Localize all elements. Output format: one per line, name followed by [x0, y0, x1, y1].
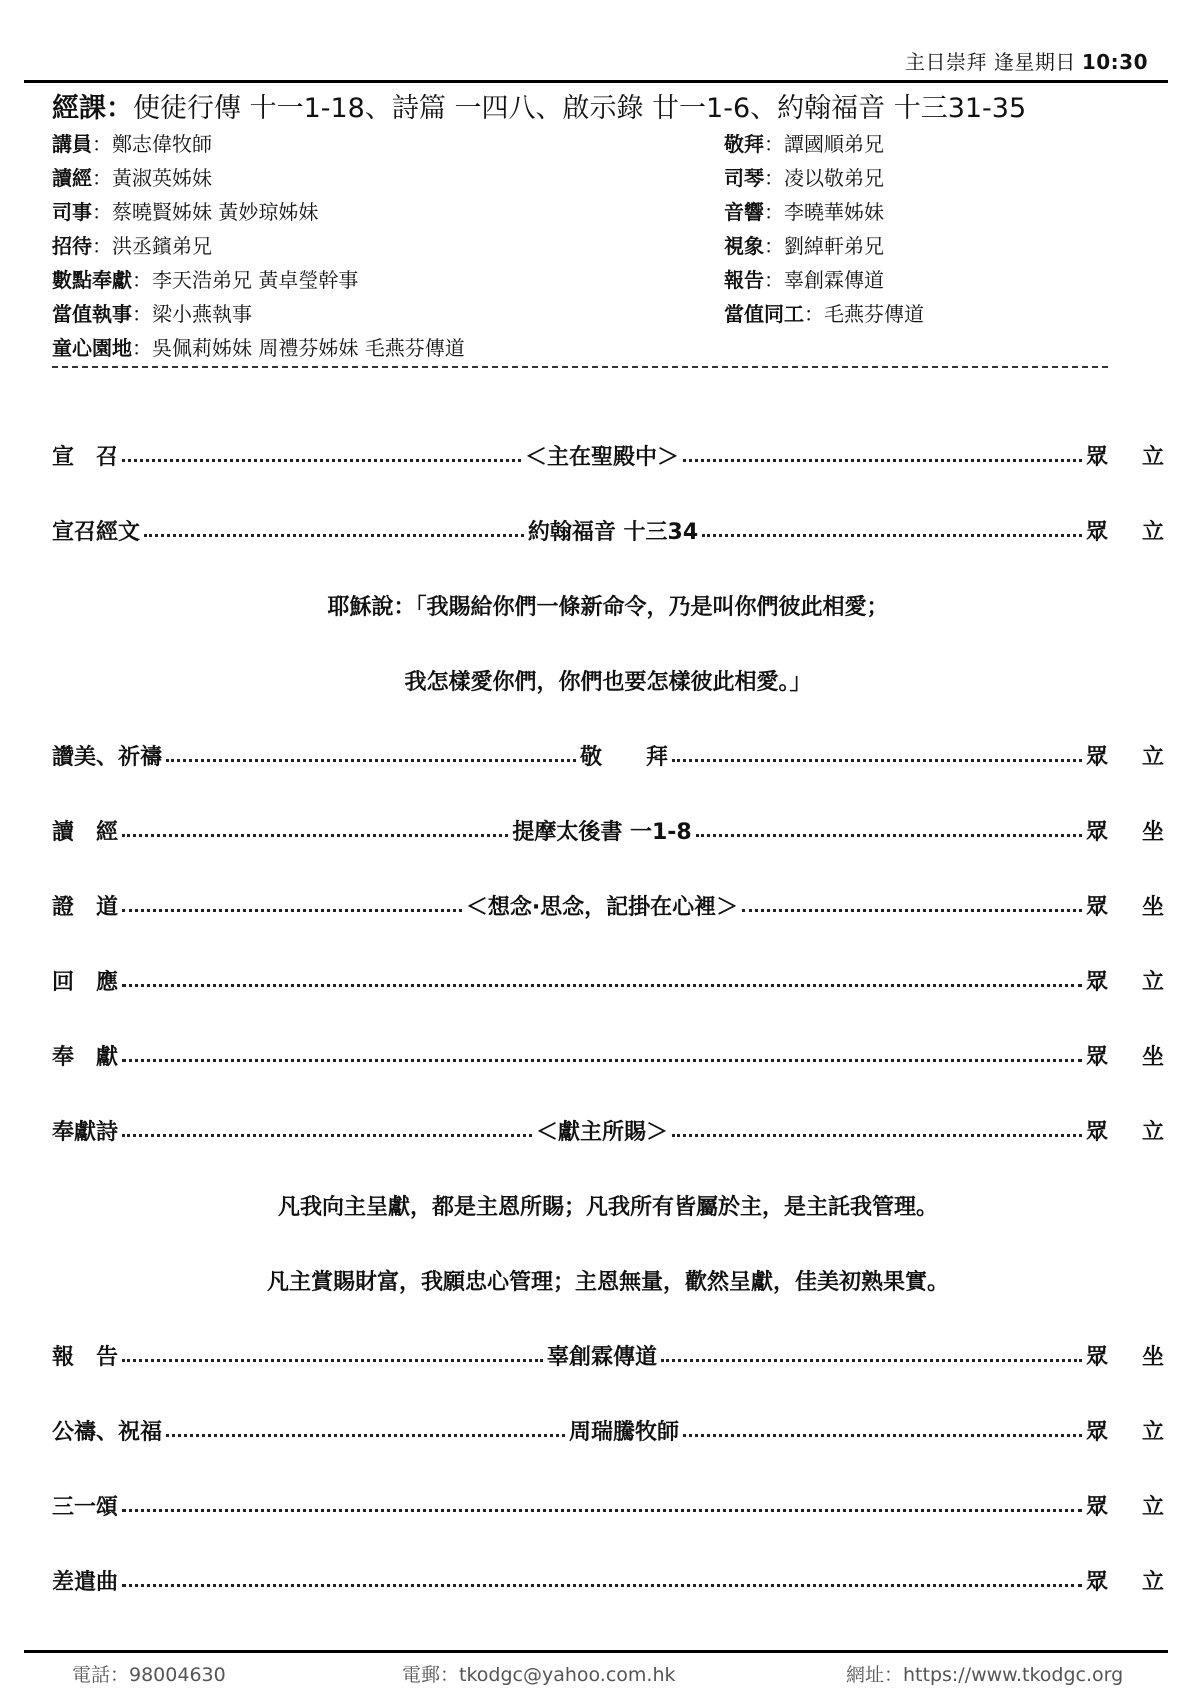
staff-row: 數點奉獻：李天浩弟兄 黃卓瑩幹事	[52, 263, 465, 297]
dot-leader	[661, 1359, 1082, 1362]
order-item: 回 應眾立	[52, 943, 1164, 1018]
staff-sep: ：	[92, 200, 112, 224]
order-item-detail: 周瑞騰牧師	[569, 1415, 679, 1446]
lessons-line: 經課：使徒行傳 十一1-18、詩篇 一四八、啟示錄 廿一1-6、約翰福音 十三3…	[52, 86, 1026, 125]
top-rule	[24, 80, 1168, 83]
posture-char: 立	[1142, 1565, 1164, 1596]
posture-char: 立	[1142, 515, 1164, 546]
posture-char: 眾	[1086, 1040, 1108, 1071]
staff-role: 數點奉獻	[52, 268, 132, 292]
congregation-posture: 眾立	[1086, 1565, 1164, 1596]
staff-list-left: 講員：鄭志偉牧師 讀經：黃淑英姊妹 司事：蔡曉賢姊妹 黃妙琼姊妹 招待：洪丞鑌弟…	[52, 127, 465, 365]
posture-char: 坐	[1142, 815, 1164, 846]
staff-sep: ：	[92, 234, 112, 258]
posture-char: 眾	[1086, 740, 1108, 771]
staff-row: 當值執事：梁小燕執事	[52, 297, 465, 331]
order-item-name: 證 道	[52, 890, 118, 921]
order-item-name: 報 告	[52, 1340, 118, 1371]
staff-names: 李天浩弟兄 黃卓瑩幹事	[152, 268, 358, 292]
order-item-name: 讀 經	[52, 815, 118, 846]
order-item: 宣 召＜主在聖殿中＞眾立	[52, 418, 1164, 493]
staff-names: 毛燕芬傳道	[824, 302, 924, 326]
posture-char: 眾	[1086, 515, 1108, 546]
posture-char: 眾	[1086, 965, 1108, 996]
lessons-label: 經課：	[52, 93, 133, 124]
dot-leader	[683, 459, 1082, 462]
order-item-detail: 敬 拜	[580, 740, 668, 771]
dot-leader	[122, 1134, 532, 1137]
staff-role: 司琴	[724, 166, 764, 190]
staff-role: 司事	[52, 200, 92, 224]
bottom-rule	[24, 1650, 1168, 1653]
scripture-verse: 我怎樣愛你們，你們也要怎樣彼此相愛。」	[52, 643, 1164, 718]
staff-row: 敬拜：譚國順弟兄	[724, 127, 924, 161]
order-item: 報 告辜創霖傳道眾坐	[52, 1318, 1164, 1393]
staff-names: 李曉華姊妹	[784, 200, 884, 224]
posture-char: 立	[1142, 1115, 1164, 1146]
staff-sep: ：	[92, 166, 112, 190]
order-item: 奉 獻眾坐	[52, 1018, 1164, 1093]
staff-names: 黃淑英姊妹	[112, 166, 212, 190]
order-item-name: 公禱、祝福	[52, 1415, 162, 1446]
staff-sep: ：	[132, 268, 152, 292]
staff-role: 當值同工	[724, 302, 804, 326]
staff-names: 蔡曉賢姊妹 黃妙琼姊妹	[112, 200, 318, 224]
staff-names: 譚國順弟兄	[784, 132, 884, 156]
dashed-divider	[52, 366, 1108, 368]
dot-leader	[122, 1509, 1082, 1512]
order-item-name: 回 應	[52, 965, 118, 996]
posture-char: 眾	[1086, 1415, 1108, 1446]
dot-leader	[122, 834, 508, 837]
congregation-posture: 眾立	[1086, 1415, 1164, 1446]
dot-leader	[144, 534, 524, 537]
dot-leader	[166, 1434, 565, 1437]
staff-sep: ：	[764, 132, 784, 156]
congregation-posture: 眾立	[1086, 740, 1164, 771]
order-item-name: 差遣曲	[52, 1565, 118, 1596]
order-item-name: 三一頌	[52, 1490, 118, 1521]
staff-role: 報告	[724, 268, 764, 292]
posture-char: 眾	[1086, 1115, 1108, 1146]
posture-char: 眾	[1086, 1490, 1108, 1521]
staff-sep: ：	[764, 268, 784, 292]
staff-names: 凌以敬弟兄	[784, 166, 884, 190]
congregation-posture: 眾坐	[1086, 1340, 1164, 1371]
dot-leader	[696, 834, 1082, 837]
staff-names: 鄭志偉牧師	[112, 132, 212, 156]
posture-char: 坐	[1142, 1040, 1164, 1071]
staff-role: 讀經	[52, 166, 92, 190]
staff-row: 音響：李曉華姊妹	[724, 195, 924, 229]
posture-char: 眾	[1086, 440, 1108, 471]
dot-leader	[122, 984, 1082, 987]
scripture-verse: 凡我向主呈獻，都是主恩所賜；凡我所有皆屬於主，是主託我管理。	[52, 1168, 1164, 1243]
congregation-posture: 眾坐	[1086, 1040, 1164, 1071]
order-item-detail: ＜想念·思念，記掛在心裡＞	[466, 890, 738, 921]
posture-char: 眾	[1086, 1340, 1108, 1371]
staff-role: 講員	[52, 132, 92, 156]
staff-row: 讀經：黃淑英姊妹	[52, 161, 465, 195]
posture-char: 坐	[1142, 890, 1164, 921]
staff-row: 司琴：凌以敬弟兄	[724, 161, 924, 195]
dot-leader	[122, 1059, 1082, 1062]
service-name: 主日崇拜 逢星期日	[905, 50, 1076, 74]
staff-names: 梁小燕執事	[152, 302, 252, 326]
order-item-detail: ＜獻主所賜＞	[536, 1115, 668, 1146]
footer-phone: 電話：98004630	[72, 1660, 226, 1687]
service-time: 10:30	[1082, 50, 1148, 74]
posture-char: 立	[1142, 440, 1164, 471]
order-item-name: 奉 獻	[52, 1040, 118, 1071]
order-item: 差遣曲眾立	[52, 1543, 1164, 1618]
footer-website: 網址：https://www.tkodgc.org	[846, 1660, 1123, 1687]
order-item: 三一頌眾立	[52, 1468, 1164, 1543]
dot-leader	[683, 1434, 1082, 1437]
staff-sep: ：	[132, 302, 152, 326]
staff-sep: ：	[764, 166, 784, 190]
posture-char: 坐	[1142, 1340, 1164, 1371]
staff-names: 劉綽軒弟兄	[784, 234, 884, 258]
staff-names: 洪丞鑌弟兄	[112, 234, 212, 258]
congregation-posture: 眾立	[1086, 965, 1164, 996]
order-item-name: 讚美、祈禱	[52, 740, 162, 771]
staff-names: 辜創霖傳道	[784, 268, 884, 292]
header-title: 主日崇拜 逢星期日10:30	[905, 46, 1148, 75]
order-item-detail: ＜主在聖殿中＞	[525, 440, 679, 471]
congregation-posture: 眾坐	[1086, 815, 1164, 846]
staff-sep: ：	[92, 132, 112, 156]
dot-leader	[122, 1584, 1082, 1587]
order-of-service: 宣 召＜主在聖殿中＞眾立宣召經文約翰福音 十三34眾立耶穌說：「我賜給你們一條新…	[52, 418, 1164, 1618]
posture-char: 立	[1142, 740, 1164, 771]
staff-role: 音響	[724, 200, 764, 224]
congregation-posture: 眾立	[1086, 515, 1164, 546]
dot-leader	[742, 909, 1082, 912]
congregation-posture: 眾坐	[1086, 890, 1164, 921]
posture-char: 立	[1142, 1415, 1164, 1446]
lessons-text: 使徒行傳 十一1-18、詩篇 一四八、啟示錄 廿一1-6、約翰福音 十三31-3…	[133, 93, 1026, 124]
order-item-detail: 辜創霖傳道	[547, 1340, 657, 1371]
order-item-detail: 提摩太後書 一1-8	[512, 815, 691, 846]
dot-leader	[122, 909, 462, 912]
congregation-posture: 眾立	[1086, 440, 1164, 471]
staff-names: 吳佩莉姊妹 周禮芬姊妹 毛燕芬傳道	[152, 336, 465, 360]
staff-role: 視象	[724, 234, 764, 258]
staff-row: 童心園地：吳佩莉姊妹 周禮芬姊妹 毛燕芬傳道	[52, 331, 465, 365]
staff-row: 招待：洪丞鑌弟兄	[52, 229, 465, 263]
staff-sep: ：	[764, 200, 784, 224]
dot-leader	[166, 759, 576, 762]
order-item: 讚美、祈禱敬 拜眾立	[52, 718, 1164, 793]
order-item: 證 道＜想念·思念，記掛在心裡＞眾坐	[52, 868, 1164, 943]
staff-role: 童心園地	[52, 336, 132, 360]
posture-char: 眾	[1086, 890, 1108, 921]
dot-leader	[122, 459, 521, 462]
order-item: 公禱、祝福周瑞騰牧師眾立	[52, 1393, 1164, 1468]
dot-leader	[122, 1359, 543, 1362]
staff-row: 講員：鄭志偉牧師	[52, 127, 465, 161]
dot-leader	[672, 1134, 1082, 1137]
order-item: 宣召經文約翰福音 十三34眾立	[52, 493, 1164, 568]
staff-row: 司事：蔡曉賢姊妹 黃妙琼姊妹	[52, 195, 465, 229]
order-item: 讀 經提摩太後書 一1-8眾坐	[52, 793, 1164, 868]
posture-char: 立	[1142, 965, 1164, 996]
order-item-name: 奉獻詩	[52, 1115, 118, 1146]
staff-row: 視象：劉綽軒弟兄	[724, 229, 924, 263]
staff-role: 招待	[52, 234, 92, 258]
staff-sep: ：	[764, 234, 784, 258]
posture-char: 眾	[1086, 1565, 1108, 1596]
posture-char: 眾	[1086, 815, 1108, 846]
footer-email: 電郵：tkodgc@yahoo.com.hk	[402, 1660, 676, 1687]
order-item-detail: 約翰福音 十三34	[528, 515, 698, 546]
order-item-name: 宣召經文	[52, 515, 140, 546]
staff-list-right: 敬拜：譚國順弟兄 司琴：凌以敬弟兄 音響：李曉華姊妹 視象：劉綽軒弟兄 報告：辜…	[724, 127, 924, 331]
dot-leader	[672, 759, 1082, 762]
scripture-verse: 耶穌說：「我賜給你們一條新命令，乃是叫你們彼此相愛；	[52, 568, 1164, 643]
posture-char: 立	[1142, 1490, 1164, 1521]
staff-sep: ：	[132, 336, 152, 360]
scripture-verse: 凡主賞賜財富，我願忠心管理；主恩無量，歡然呈獻，佳美初熟果實。	[52, 1243, 1164, 1318]
order-item-name: 宣 召	[52, 440, 118, 471]
congregation-posture: 眾立	[1086, 1115, 1164, 1146]
congregation-posture: 眾立	[1086, 1490, 1164, 1521]
staff-row: 報告：辜創霖傳道	[724, 263, 924, 297]
staff-row: 當值同工：毛燕芬傳道	[724, 297, 924, 331]
staff-sep: ：	[804, 302, 824, 326]
staff-role: 敬拜	[724, 132, 764, 156]
order-item: 奉獻詩＜獻主所賜＞眾立	[52, 1093, 1164, 1168]
staff-role: 當值執事	[52, 302, 132, 326]
dot-leader	[702, 534, 1082, 537]
